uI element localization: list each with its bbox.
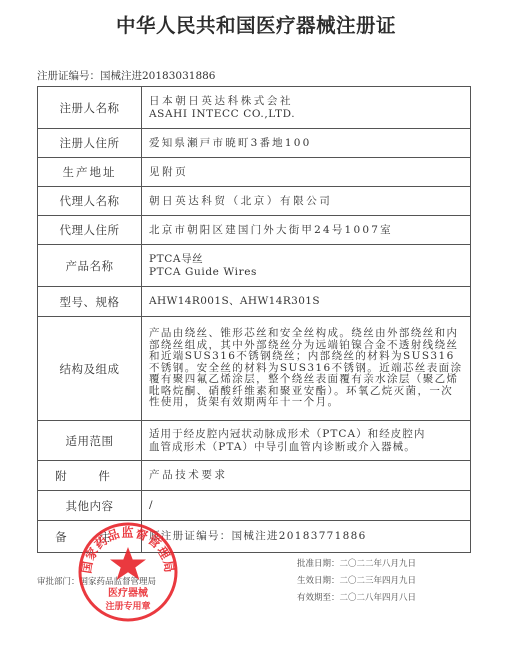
seal-center-text-1: 医疗器械	[108, 586, 148, 599]
remarks-label: 备 注	[55, 530, 124, 544]
row-label: 附 件	[38, 461, 142, 491]
registrant-name: 日本朝日英达科株式会社 ASAHI INTECC CO.,LTD.	[142, 87, 471, 129]
approval-date-value: 二〇二二年八月九日	[340, 559, 417, 569]
approval-department-value: 国家药品监督管理局	[80, 577, 157, 587]
intended-use: 适用于经皮腔内冠状动脉成形术（PTCA）和经皮腔内 血管成形术（PTA）中导引血…	[142, 421, 471, 461]
row-label: 型号、规格	[38, 287, 142, 317]
dates-block: 批准日期：二〇二二年八月九日 生效日期：二〇二三年四月九日 有效期至：二〇二八年…	[297, 556, 416, 607]
expiry-date-label: 有效期至：	[297, 593, 340, 603]
seal-center-text-2: 注册专用章	[105, 600, 150, 612]
value-line: 朝日英达科贸（北京）有限公司	[149, 195, 465, 208]
model-spec: AHW14R001S、AHW14R301S	[142, 287, 471, 317]
row-label: 代理人住所	[38, 216, 142, 245]
table-row: 代理人住所 北京市朝阳区建国门外大街甲24号1007室	[38, 216, 471, 245]
expiry-date: 有效期至：二〇二八年四月八日	[297, 590, 416, 607]
expiry-date-value: 二〇二八年四月八日	[340, 593, 417, 603]
row-label: 产品名称	[38, 245, 142, 287]
table-row: 其他内容 /	[38, 491, 471, 521]
value-line: 产品技术要求	[149, 469, 465, 482]
approval-department: 审批部门：国家药品监督管理局	[37, 575, 156, 587]
value-line: 见附页	[149, 166, 465, 179]
value-line: 适用于经皮腔内冠状动脉成形术（PTCA）和经皮腔内	[149, 428, 465, 441]
effective-date: 生效日期：二〇二三年四月九日	[297, 573, 416, 590]
row-label: 代理人名称	[38, 187, 142, 216]
table-row: 附 件 产品技术要求	[38, 461, 471, 491]
approval-date: 批准日期：二〇二二年八月九日	[297, 556, 416, 573]
row-label: 注册人住所	[38, 129, 142, 158]
production-address: 见附页	[142, 158, 471, 187]
value-line: 原注册证编号：国械注进20183771886	[149, 530, 465, 543]
table-row: 备 注 原注册证编号：国械注进20183771886	[38, 521, 471, 553]
table-row: 适用范围 适用于经皮腔内冠状动脉成形术（PTCA）和经皮腔内 血管成形术（PTA…	[38, 421, 471, 461]
document-title: 中华人民共和国医疗器械注册证	[0, 10, 512, 38]
row-label: 备 注	[38, 521, 142, 553]
table-row: 结构及组成 产品由绕丝、锥形芯丝和安全丝构成。绕丝由外部绕丝和内部绕丝组成，其中…	[38, 317, 471, 421]
table-row: 产品名称 PTCA导丝 PTCA Guide Wires	[38, 245, 471, 287]
effective-date-label: 生效日期：	[297, 576, 340, 586]
registrant-address: 爱知県瀬戸市暁町3番地100	[142, 129, 471, 158]
registrant-name-cn: 日本朝日英达科株式会社	[149, 95, 465, 108]
value-line: /	[149, 499, 465, 512]
row-label: 生产地址	[38, 158, 142, 187]
value-line: 爱知県瀬戸市暁町3番地100	[149, 137, 465, 150]
table-row: 注册人名称 日本朝日英达科株式会社 ASAHI INTECC CO.,LTD.	[38, 87, 471, 129]
product-name-cn: PTCA导丝	[149, 253, 465, 266]
other-content: /	[142, 491, 471, 521]
effective-date-value: 二〇二三年四月九日	[340, 576, 417, 586]
product-name-en: PTCA Guide Wires	[149, 266, 465, 279]
row-label: 其他内容	[38, 491, 142, 521]
registration-number-label: 注册证编号：	[37, 70, 100, 82]
value-line: 北京市朝阳区建国门外大街甲24号1007室	[149, 224, 465, 237]
table-row: 代理人名称 朝日英达科贸（北京）有限公司	[38, 187, 471, 216]
registration-number-value: 国械注进20183031886	[100, 70, 216, 82]
table-row: 生产地址 见附页	[38, 158, 471, 187]
remarks: 原注册证编号：国械注进20183771886	[142, 521, 471, 553]
table-row: 型号、规格 AHW14R001S、AHW14R301S	[38, 287, 471, 317]
approval-department-label: 审批部门：	[37, 577, 80, 587]
product-name: PTCA导丝 PTCA Guide Wires	[142, 245, 471, 287]
row-label: 注册人名称	[38, 87, 142, 129]
registrant-name-en: ASAHI INTECC CO.,LTD.	[149, 108, 465, 121]
approval-date-label: 批准日期：	[297, 559, 340, 569]
value-line: 血管成形术（PTA）中导引血管内诊断或介入器械。	[149, 441, 465, 454]
attachment-label: 附 件	[55, 469, 124, 483]
certificate-table: 注册人名称 日本朝日英达科株式会社 ASAHI INTECC CO.,LTD. …	[37, 86, 471, 553]
row-label: 结构及组成	[38, 317, 142, 421]
registration-number: 注册证编号：国械注进20183031886	[37, 68, 216, 83]
table-row: 注册人住所 爱知県瀬戸市暁町3番地100	[38, 129, 471, 158]
value-line: AHW14R001S、AHW14R301S	[149, 295, 465, 308]
agent-address: 北京市朝阳区建国门外大街甲24号1007室	[142, 216, 471, 245]
agent-name: 朝日英达科贸（北京）有限公司	[142, 187, 471, 216]
row-label: 适用范围	[38, 421, 142, 461]
attachment: 产品技术要求	[142, 461, 471, 491]
structure-composition: 产品由绕丝、锥形芯丝和安全丝构成。绕丝由外部绕丝和内部绕丝组成，其中外部绕丝分为…	[142, 317, 471, 421]
